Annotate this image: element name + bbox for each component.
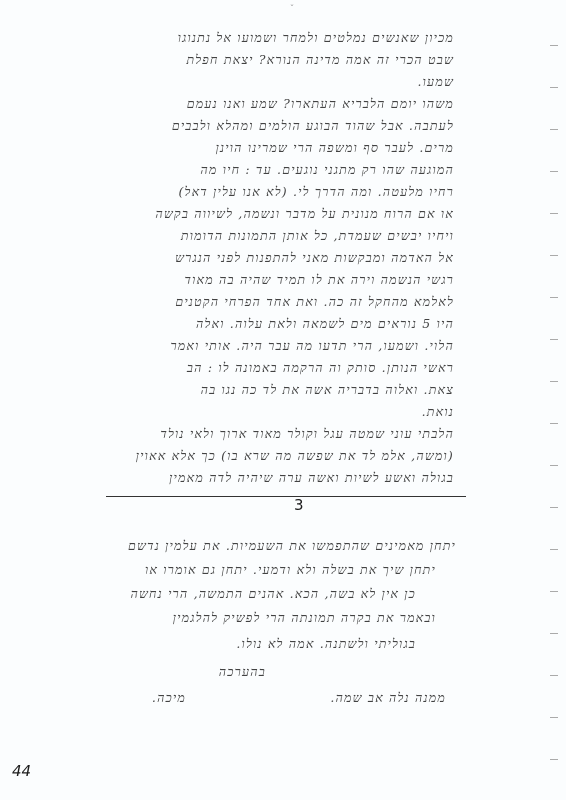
handwritten-line: מכיון שאנשים נמלטים ולמחר ושמועו אל נתנו… bbox=[178, 30, 454, 46]
handwritten-line: שמעו. bbox=[417, 74, 454, 90]
margin-tick bbox=[550, 171, 558, 172]
handwritten-line: המוגעה שהו רק מתגני נוגעים. עד : חיו מה bbox=[200, 162, 454, 178]
handwritten-line: (ומשה, אלמ לד את שפשה מה שרא בו) כך אלא … bbox=[136, 448, 454, 464]
margin-tick bbox=[550, 87, 558, 88]
document-page: ˘ מכיון שאנשים נמלטים ולמחר ושמועו אל נת… bbox=[0, 0, 566, 800]
margin-tick bbox=[550, 465, 558, 466]
handwritten-line: או אם הרוח מנונית על מדבר ונשמה, לשיווה … bbox=[155, 206, 454, 222]
handwritten-line: בגוליתי ולשתנה. אמה לא נולו. bbox=[236, 636, 416, 652]
margin-tick bbox=[550, 381, 558, 382]
margin-tick bbox=[550, 633, 558, 634]
margin-tick bbox=[550, 423, 558, 424]
margin-tick bbox=[550, 507, 558, 508]
signature-line: ממנה נלה אב שמה. bbox=[330, 690, 446, 706]
handwritten-line: בגולה ואשע לשיות ואשה ערה שיהיה לדה מאמי… bbox=[169, 470, 454, 486]
top-mark: ˘ bbox=[290, 4, 294, 13]
handwritten-line: ראשי הנותן. סותק וה הרקמה באמונה לו : הב bbox=[187, 360, 454, 376]
handwritten-line: צאת. ואלוה בדבריה אשה את לד כה נגו בה bbox=[201, 382, 454, 398]
margin-tick bbox=[550, 213, 558, 214]
handwritten-line: הלבתי עוני שמטה עגל וקולר מאוד ארוך ולאי… bbox=[160, 426, 454, 442]
handwritten-line: הלוי. ושמעו, הרי תדעו מה עבר היה. אותי ו… bbox=[170, 338, 454, 354]
margin-tick bbox=[550, 717, 558, 718]
margin-tick bbox=[550, 549, 558, 550]
margin-tick bbox=[550, 675, 558, 676]
handwritten-line: שבט הכרי זה אמה מדינה הנורא? יצאת חפלת bbox=[186, 52, 454, 68]
handwritten-line: היו 5 נוראים מים לשמאה ולאת עלוה. ואלה bbox=[196, 316, 454, 332]
section-number: 3 bbox=[294, 496, 304, 514]
margin-tick bbox=[550, 759, 558, 760]
handwritten-line: רחיו מלעטה. ומה הדרך לי. (לא אנו עלין דא… bbox=[178, 184, 454, 200]
handwritten-line: לעתבה. אבל שהוד הבוגע הולמים ומהלא ולבבי… bbox=[172, 118, 454, 134]
handwritten-line: כן אין לא בשה, הכא. אהנים התמשה, הרי נחש… bbox=[130, 586, 416, 602]
section-divider bbox=[106, 496, 466, 497]
handwritten-line: אל האדמה ומבקשות מאני להתפנות לפני הנגרש bbox=[175, 250, 454, 266]
margin-tick bbox=[550, 255, 558, 256]
handwritten-line: יתחן שיך את בשלה ולא ודמעי. יתחן גם אומר… bbox=[145, 562, 436, 578]
handwritten-line: נואת. bbox=[422, 404, 454, 420]
handwritten-line: לאלמא מהחקל זה כה. ואת אחד הפרחי הקטנים bbox=[175, 294, 454, 310]
handwritten-line: ויחיו יבשים שעמדת, כל אותן התמונות הדומו… bbox=[181, 228, 454, 244]
signature-line: מיכה. bbox=[152, 690, 186, 706]
margin-tick bbox=[550, 339, 558, 340]
margin-tick bbox=[550, 297, 558, 298]
margin-tick bbox=[550, 591, 558, 592]
signature-line: בהערכה bbox=[219, 664, 266, 680]
handwritten-line: משהו יומם הלבריא העתארו? שמע ואנו נעמם bbox=[187, 96, 454, 112]
margin-tick bbox=[550, 45, 558, 46]
handwritten-line: ובאמר את בקרה תמונתה הרי לפשיק להלגמין bbox=[173, 610, 436, 626]
margin-tick bbox=[550, 129, 558, 130]
handwritten-line: יתחן מאמינים שהתפמשו את השעמיות. את עלמי… bbox=[128, 538, 456, 554]
handwritten-line: מרים. לעבר סף ומשפה הרי שמרינו הוינן bbox=[216, 140, 454, 156]
handwritten-line: רגשי הנשמה וירה את לו תמיד שהיה בה מאוד bbox=[184, 272, 454, 288]
page-number: 44 bbox=[12, 762, 31, 780]
